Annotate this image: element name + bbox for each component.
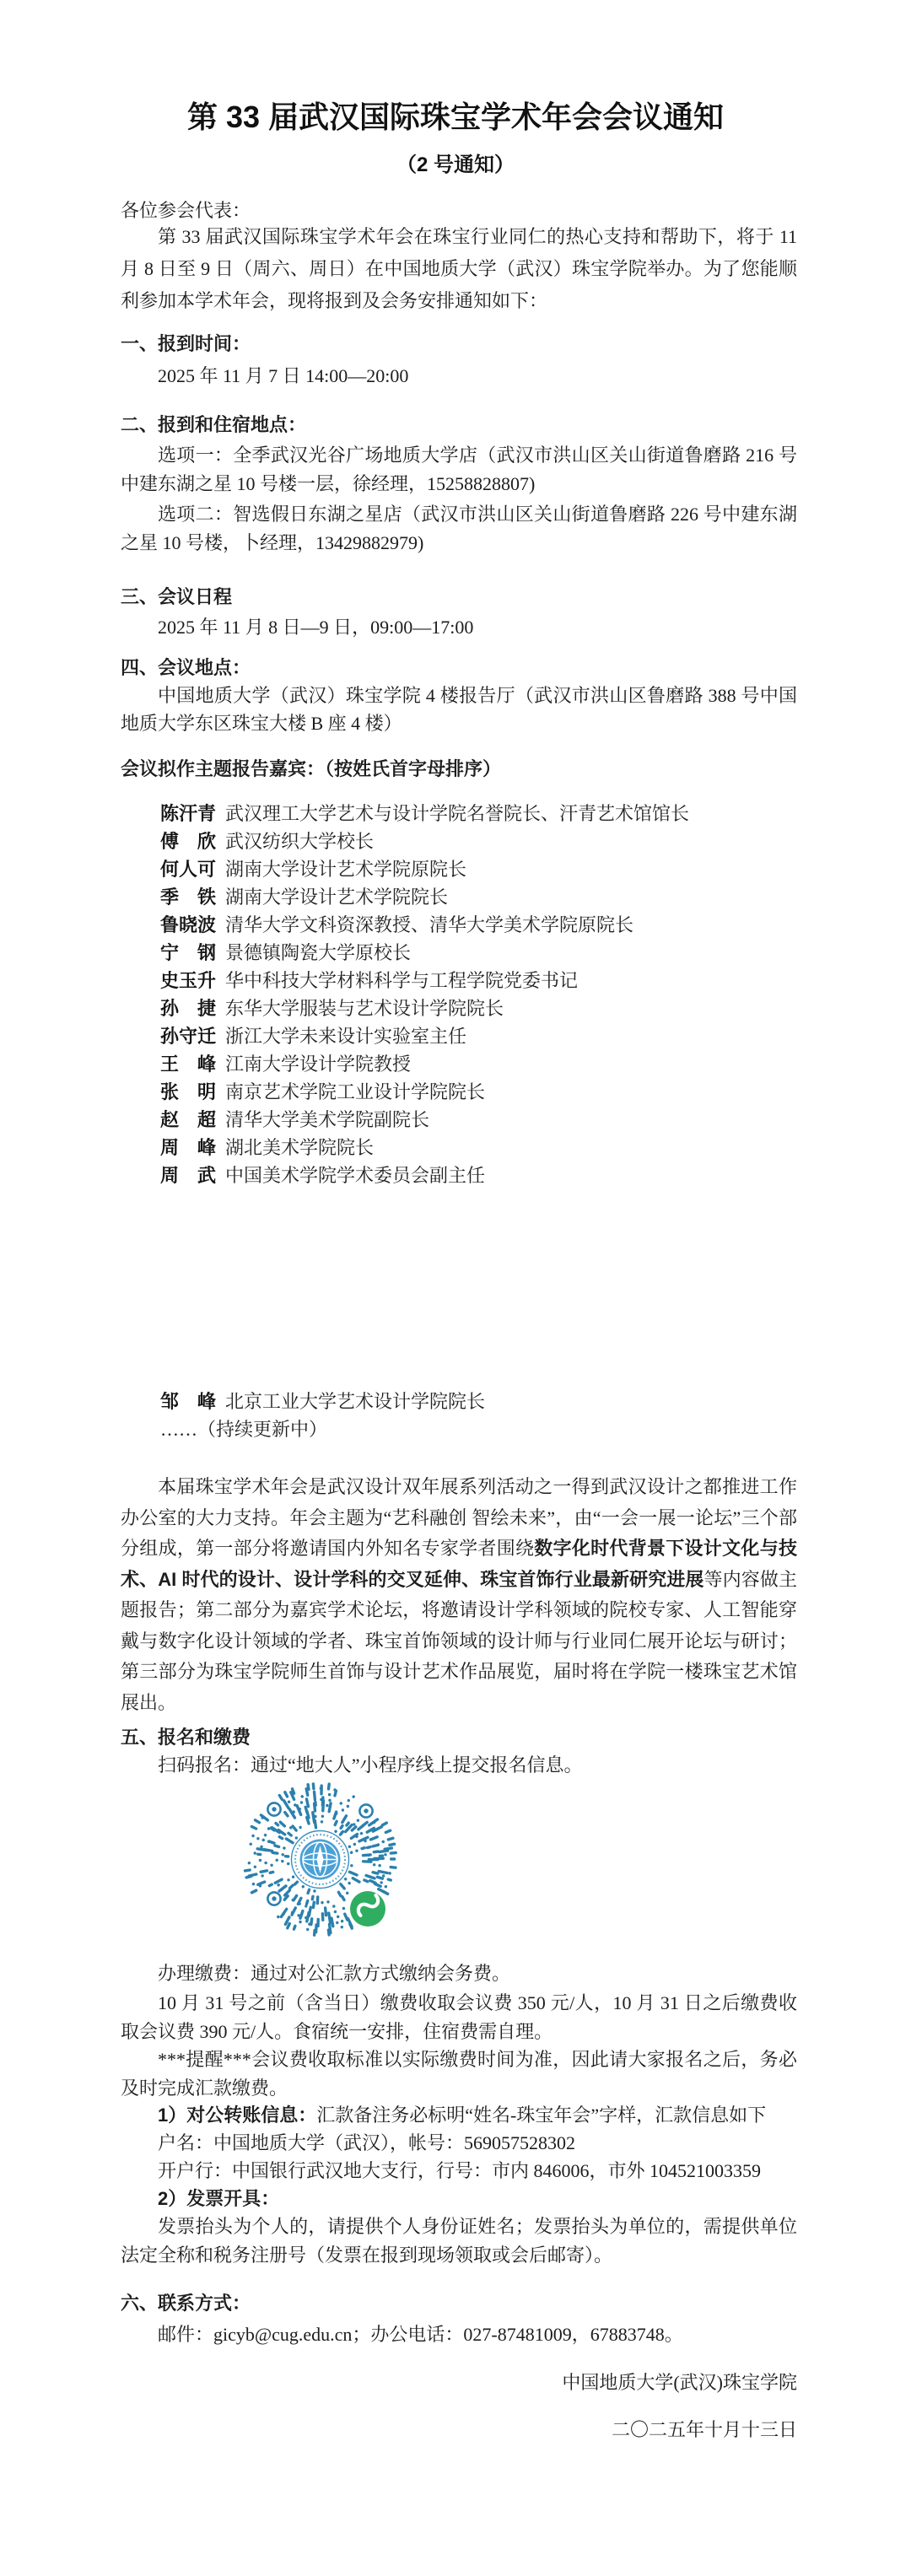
contact-line: 邮件：gicyb@cug.edu.cn；办公电话：027-87481009，67… [121, 2320, 797, 2348]
conference-schedule: 2025 年 11 月 8 日—9 日，09:00—17:00 [121, 613, 797, 641]
speaker-name: 季 铁 [160, 883, 218, 911]
speaker-row: 王 峰江南大学设计学院教授 [160, 1050, 797, 1078]
speaker-name: 孙 捷 [160, 994, 218, 1022]
wechat-icon [350, 1891, 385, 1927]
scan-register-line: 扫码报名：通过“地大人”小程序线上提交报名信息。 [121, 1751, 797, 1779]
speaker-list: 陈汗青武汉理工大学艺术与设计学院名誉院长、汗青艺术馆馆长傅 欣武汉纺织大学校长何… [160, 800, 797, 1189]
speaker-list-continued: 邹 峰北京工业大学艺术设计学院院长 [160, 1388, 797, 1415]
speaker-title: 湖南大学设计艺术学院原院长 [225, 859, 466, 880]
speaker-name: 鲁晓波 [160, 911, 218, 939]
document-title: 第 33 届武汉国际珠宝学术年会会议通知 [0, 97, 911, 137]
speaker-title: 武汉理工大学艺术与设计学院名誉院长、汗青艺术馆馆长 [225, 803, 689, 824]
transfer-info-line: 1）对公转账信息：汇款备注务必标明“姓名-珠宝年会”字样，汇款信息如下 [121, 2101, 797, 2129]
checkin-time: 2025 年 11 月 7 日 14:00—20:00 [121, 362, 797, 390]
speaker-name: 史玉升 [160, 967, 218, 994]
theme-body-text: 等内容做主题报告；第二部分为嘉宾学术论坛，将邀请设计学科领域的院校专家、人工智能… [121, 1569, 797, 1713]
cug-logo-icon [292, 1831, 349, 1889]
speaker-name: 傅 欣 [160, 827, 218, 855]
speaker-title: 中国美术学院学术委员会副主任 [225, 1165, 485, 1186]
invoice-paragraph: 发票抬头为个人的，请提供个人身份证姓名；发票抬头为单位的，需提供单位法定全称和税… [121, 2212, 797, 2269]
speaker-title: 北京工业大学艺术设计学院院长 [225, 1391, 485, 1412]
speaker-row: 宁 钢景德镇陶瓷大学原校长 [160, 939, 797, 967]
speaker-row: 傅 欣武汉纺织大学校长 [160, 827, 797, 855]
hotel-option-1: 选项一：全季武汉光谷广场地质大学店（武汉市洪山区关山街道鲁磨路 216 号中建东… [121, 441, 797, 498]
speaker-name: 王 峰 [160, 1050, 218, 1078]
transfer-info-label: 1）对公转账信息： [158, 2104, 316, 2126]
speaker-name: 孙守迁 [160, 1022, 218, 1050]
payment-reminder: ***提醒***会议费收取标准以实际缴费时间为准，因此请大家报名之后，务必及时完… [121, 2045, 797, 2102]
speaker-title: 南京艺术学院工业设计学院院长 [225, 1081, 485, 1102]
speaker-name: 赵 超 [160, 1106, 218, 1134]
speaker-title: 景德镇陶瓷大学原校长 [225, 942, 411, 963]
document-subtitle: （2 号通知） [0, 148, 911, 182]
speaker-row: 鲁晓波清华大学文科资深教授、清华大学美术学院原院长 [160, 911, 797, 939]
speaker-row: 周 武中国美术学院学术委员会副主任 [160, 1161, 797, 1189]
miniprogram-qr-code [242, 1781, 398, 1937]
speaker-name: 邹 峰 [160, 1388, 218, 1415]
speaker-name: 何人可 [160, 855, 218, 883]
invoice-heading: 2）发票开具： [121, 2185, 797, 2212]
theme-paragraph: 本届珠宝学术年会是武汉设计双年展系列活动之一得到武汉设计之都推进工作办公室的大力… [121, 1472, 797, 1718]
speaker-title: 东华大学服装与艺术设计学院院长 [225, 998, 504, 1019]
speaker-row: 邹 峰北京工业大学艺术设计学院院长 [160, 1388, 797, 1415]
qr-code-graphic [242, 1781, 398, 1937]
speaker-title: 浙江大学未来设计实验室主任 [225, 1026, 466, 1047]
section-6-heading: 六、联系方式： [121, 2291, 797, 2316]
speaker-row: 张 明南京艺术学院工业设计学院院长 [160, 1078, 797, 1106]
speaker-row: 陈汗青武汉理工大学艺术与设计学院名誉院长、汗青艺术馆馆长 [160, 800, 797, 827]
speaker-name: 周 武 [160, 1161, 218, 1189]
speaker-title: 江南大学设计学院教授 [225, 1054, 411, 1075]
fee-paragraph: 10 月 31 号之前（含当日）缴费收取会议费 350 元/人，10 月 31 … [121, 1989, 797, 2045]
conference-venue: 中国地质大学（武汉）珠宝学院 4 楼报告厅（武汉市洪山区鲁磨路 388 号中国地… [121, 682, 797, 737]
speaker-row: 孙 捷东华大学服装与艺术设计学院院长 [160, 994, 797, 1022]
speaker-name: 张 明 [160, 1078, 218, 1106]
speaker-row: 赵 超清华大学美术学院副院长 [160, 1106, 797, 1134]
speakers-heading: 会议拟作主题报告嘉宾：（按姓氏首字母排序） [121, 757, 797, 782]
speaker-title: 清华大学美术学院副院长 [225, 1109, 429, 1130]
section-1-heading: 一、报到时间： [121, 331, 797, 357]
speaker-name: 周 峰 [160, 1134, 218, 1161]
speaker-row: 周 峰湖北美术学院院长 [160, 1134, 797, 1161]
intro-paragraph: 第 33 届武汉国际珠宝学术年会在珠宝行业同仁的热心支持和帮助下，将于 11 月… [121, 221, 797, 317]
payment-method-line: 办理缴费：通过对公汇款方式缴纳会务费。 [121, 1959, 797, 1987]
section-2-heading: 二、报到和住宿地点： [121, 412, 797, 438]
bank-account-line: 户名：中国地质大学（武汉），帐号：569057528302 [121, 2129, 797, 2157]
section-4-heading: 四、会议地点： [121, 655, 797, 681]
signature-date: 二〇二五年十月十三日 [612, 2416, 797, 2444]
speaker-row: 何人可湖南大学设计艺术学院原院长 [160, 855, 797, 883]
speaker-title: 华中科技大学材料科学与工程学院党委书记 [225, 970, 578, 991]
speaker-row: 史玉升华中科技大学材料科学与工程学院党委书记 [160, 967, 797, 994]
speakers-more-note: ……（持续更新中） [160, 1415, 797, 1443]
speaker-title: 清华大学文科资深教授、清华大学美术学院原院长 [225, 914, 633, 935]
hotel-option-2: 选项二：智选假日东湖之星店（武汉市洪山区关山街道鲁磨路 226 号中建东湖之星 … [121, 500, 797, 558]
signature-organization: 中国地质大学(武汉)珠宝学院 [562, 2369, 797, 2396]
section-3-heading: 三、会议日程 [121, 585, 797, 610]
speaker-title: 湖北美术学院院长 [225, 1137, 374, 1158]
speaker-name: 陈汗青 [160, 800, 218, 827]
speaker-title: 湖南大学设计艺术学院院长 [225, 887, 448, 908]
speaker-title: 武汉纺织大学校长 [225, 831, 374, 852]
transfer-info-text: 汇款备注务必标明“姓名-珠宝年会”字样，汇款信息如下 [316, 2104, 766, 2126]
document-page: 第 33 届武汉国际珠宝学术年会会议通知 （2 号通知） 各位参会代表： 第 3… [0, 0, 911, 2576]
speaker-name: 宁 钢 [160, 939, 218, 967]
speaker-row: 孙守迁浙江大学未来设计实验室主任 [160, 1022, 797, 1050]
section-5-heading: 五、报名和缴费 [121, 1725, 797, 1750]
bank-branch-line: 开户行：中国银行武汉地大支行，行号：市内 846006，市外 104521003… [121, 2157, 797, 2185]
speaker-row: 季 铁湖南大学设计艺术学院院长 [160, 883, 797, 911]
